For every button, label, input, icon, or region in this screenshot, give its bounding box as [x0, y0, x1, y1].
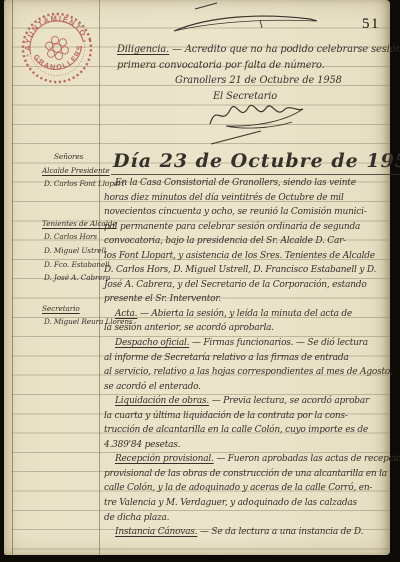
pen-slash-icon — [206, 127, 266, 147]
diligencia-note: Diligencia. — Acredito que no ha podido … — [117, 42, 393, 104]
attendees-header: Señores — [42, 150, 116, 164]
minutes-line: los Font Llopart, y asistencia de los Sr… — [104, 249, 396, 264]
stamp-ornament-right: * — [83, 39, 88, 47]
pen-mark-icon — [192, 0, 220, 12]
minutes-line: la sesión anterior, se acordó aprobarla. — [104, 321, 396, 336]
minutes-line: 4.389'84 pesetas. — [104, 438, 396, 453]
page-edge-line — [12, 0, 13, 555]
minutes-line: convocatoria, bajo la presidencia del Sr… — [104, 234, 396, 249]
minutes-line: horas diez minutos del día veintitrés de… — [104, 191, 396, 206]
minutes-line: novecientos cincuenta y ocho, se reunió … — [104, 205, 396, 220]
minutes-line: Acta. — Abierta la sesión, y leída la mi… — [104, 307, 396, 322]
minutes-line: José A. Cabrera, y del Secretario de la … — [104, 278, 396, 293]
minutes-title: Día 23 de Octubre de 1958 — [111, 149, 400, 175]
section-label: Despacho oficial. — [115, 338, 189, 348]
minutes-line: trucción de alcantarilla en la calle Col… — [104, 423, 396, 438]
minutes-line: pal permanente para celebrar sesión ordi… — [104, 220, 396, 235]
section-label: Acta. — [115, 309, 137, 319]
diligencia-line: Diligencia. — Acredito que no ha podido … — [117, 42, 393, 58]
section-label: Recepción provisional. — [115, 454, 214, 464]
minutes-body: En la Casa Consistorial de Granollers, s… — [104, 176, 396, 540]
diligencia-label: Diligencia. — [117, 44, 169, 55]
minutes-line: Recepción provisional. — Fueron aprobada… — [104, 452, 396, 467]
minutes-line: tre Valencia y M. Verdaguer, y adoquinad… — [104, 496, 396, 511]
diligencia-text-2: primera convocatoria por falta de número… — [117, 58, 393, 74]
minutes-line: se acordó el enterado. — [104, 380, 396, 395]
scanned-minutes-page: AYUNTAMIENTO GRANOLLERS * * 51 Diligenci… — [0, 0, 400, 562]
pen-flourish-icon — [168, 8, 323, 40]
minutes-line: D. Carlos Hors, D. Miguel Ustrell, D. Fr… — [104, 263, 396, 278]
minutes-line: Instancia Cánovas. — Se da lectura a una… — [104, 525, 396, 540]
minutes-line: Despacho oficial. — Firmas funcionarios.… — [104, 336, 396, 351]
section-label: Liquidación de obras. — [115, 396, 209, 406]
diligencia-text-1: — Acredito que no ha podido celebrarse s… — [172, 44, 400, 55]
stamp-ornament-left: * — [25, 53, 30, 61]
minutes-line: la cuarta y última liquidación de la con… — [104, 409, 396, 424]
minutes-line: Liquidación de obras. — Previa lectura, … — [104, 394, 396, 409]
minutes-line: presente el Sr. Interventor. — [104, 292, 396, 307]
minutes-line: de dicha plaza. — [104, 511, 396, 526]
minutes-line: al informe de Secretaría relativo a las … — [104, 351, 396, 366]
diligencia-dateline: Granollers 21 de Octubre de 1958 — [117, 73, 393, 89]
minutes-line: provisional de las obras de construcción… — [104, 467, 396, 482]
minutes-line: calle Colón, y la de adoquinado y aceras… — [104, 481, 396, 496]
minutes-line: En la Casa Consistorial de Granollers, s… — [104, 176, 396, 191]
page-number: 51 — [362, 16, 380, 33]
minutes-line: al servicio, relativo a las hojas corres… — [104, 365, 396, 380]
section-label: Instancia Cánovas. — [115, 527, 197, 537]
